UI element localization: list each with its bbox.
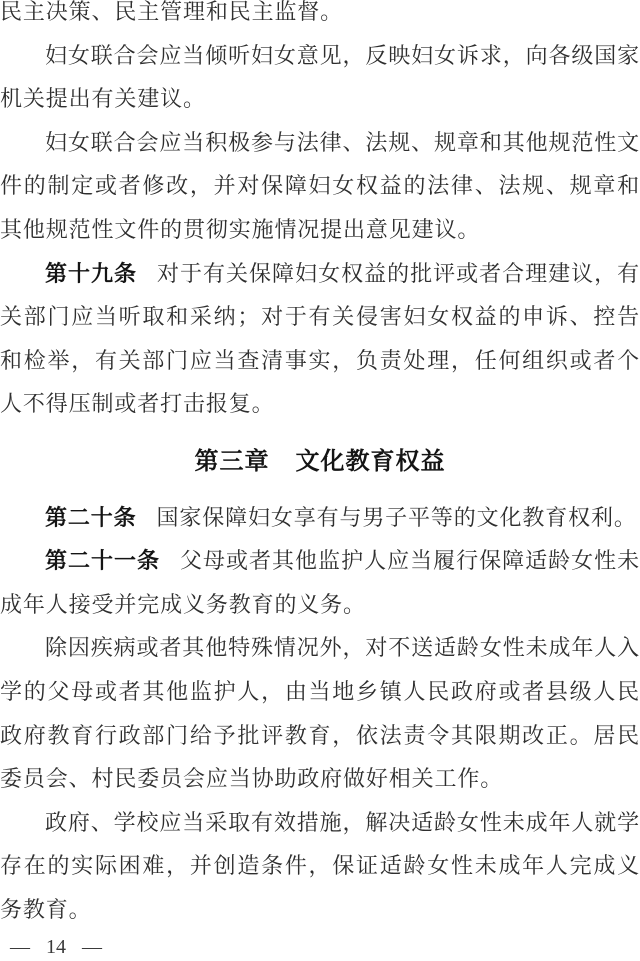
page-footer: —14— [0,935,640,959]
paragraph-article-20: 第二十条国家保障妇女享有与男子平等的文化教育权利。 [0,496,640,540]
document-page: 民主决策、民主管理和民主监督。 妇女联合会应当倾听妇女意见，反映妇女诉求，向各级… [0,0,640,961]
chapter-title: 文化教育权益 [296,448,446,475]
document-body: 民主决策、民主管理和民主监督。 妇女联合会应当倾听妇女意见，反映妇女诉求，向各级… [0,0,640,959]
paragraph-text: 民主决策、民主管理和民主监督。 [0,0,343,24]
article-number: 第二十一条 [45,548,160,573]
chapter-heading: 第三章文化教育权益 [0,440,640,484]
paragraph-text: 妇女联合会应当积极参与法律、法规、规章和其他规范性文件的制定或者修改，并对保障妇… [0,130,640,242]
paragraph-text: 政府、学校应当采取有效措施，解决适龄女性未成年人就学存在的实际困难，并创造条件，… [0,810,640,922]
paragraph: 除因疾病或者其他特殊情况外，对不送适龄女性未成年人入学的父母或者其他监护人，由当… [0,626,640,800]
article-number: 第二十条 [45,505,136,530]
paragraph-text: 除因疾病或者其他特殊情况外，对不送适龄女性未成年人入学的父母或者其他监护人，由当… [0,635,640,791]
footer-dash-right: — [82,936,102,958]
page-number: 14 [46,936,66,958]
chapter-number: 第三章 [195,448,270,475]
paragraph: 民主决策、民主管理和民主监督。 [0,0,640,34]
paragraph-text: 国家保障妇女享有与男子平等的文化教育权利。 [156,505,636,530]
paragraph-text: 妇女联合会应当倾听妇女意见，反映妇女诉求，向各级国家机关提出有关建议。 [0,43,640,112]
footer-dash-left: — [10,936,30,958]
paragraph: 妇女联合会应当积极参与法律、法规、规章和其他规范性文件的制定或者修改，并对保障妇… [0,121,640,252]
paragraph-article-21: 第二十一条父母或者其他监护人应当履行保障适龄女性未成年人接受并完成义务教育的义务… [0,539,640,626]
article-number: 第十九条 [45,261,137,286]
paragraph: 妇女联合会应当倾听妇女意见，反映妇女诉求，向各级国家机关提出有关建议。 [0,34,640,121]
paragraph: 政府、学校应当采取有效措施，解决适龄女性未成年人就学存在的实际困难，并创造条件，… [0,801,640,932]
paragraph-article-19: 第十九条对于有关保障妇女权益的批评或者合理建议，有关部门应当听取和采纳；对于有关… [0,252,640,426]
